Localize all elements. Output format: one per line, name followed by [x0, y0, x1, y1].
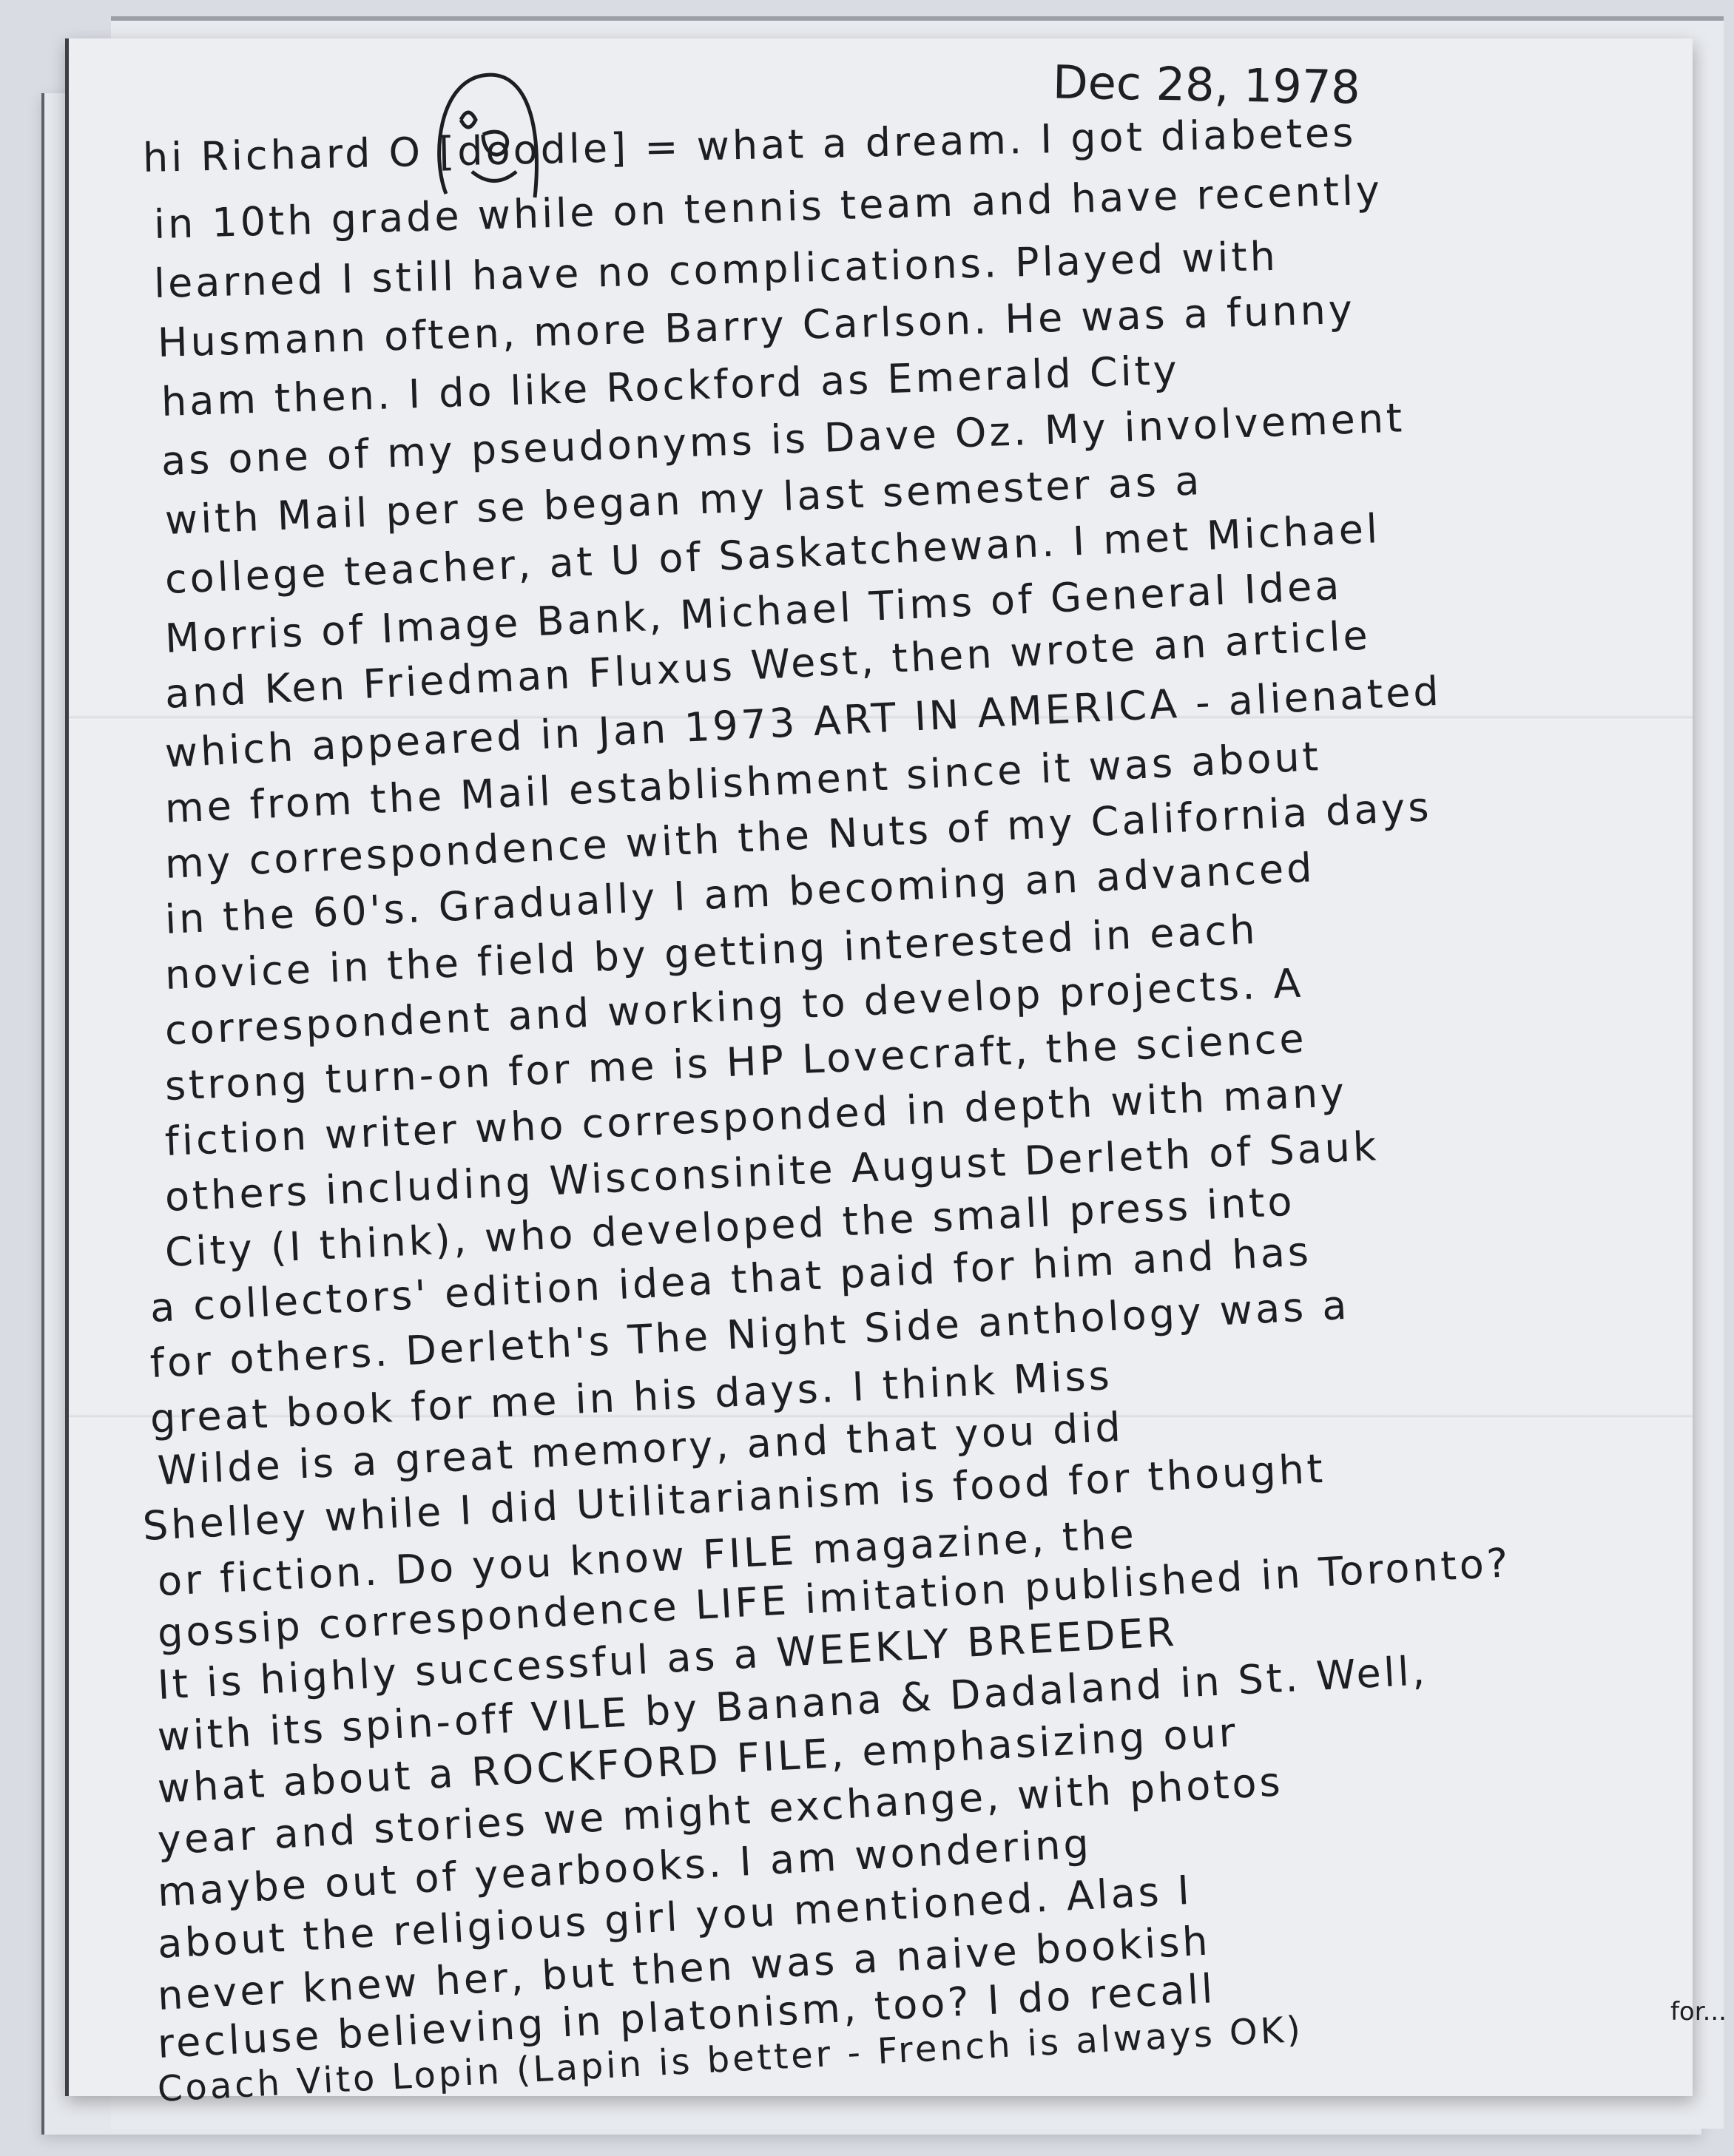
letter-line: hi Richard O [doodle] = what a dream. I …	[142, 109, 1357, 181]
letter-page: Dec 28, 1978 hi Richard O [doodle] = wha…	[65, 38, 1693, 2096]
margin-note: for...	[1670, 1997, 1727, 2027]
letter-date: Dec 28, 1978	[1052, 55, 1360, 114]
